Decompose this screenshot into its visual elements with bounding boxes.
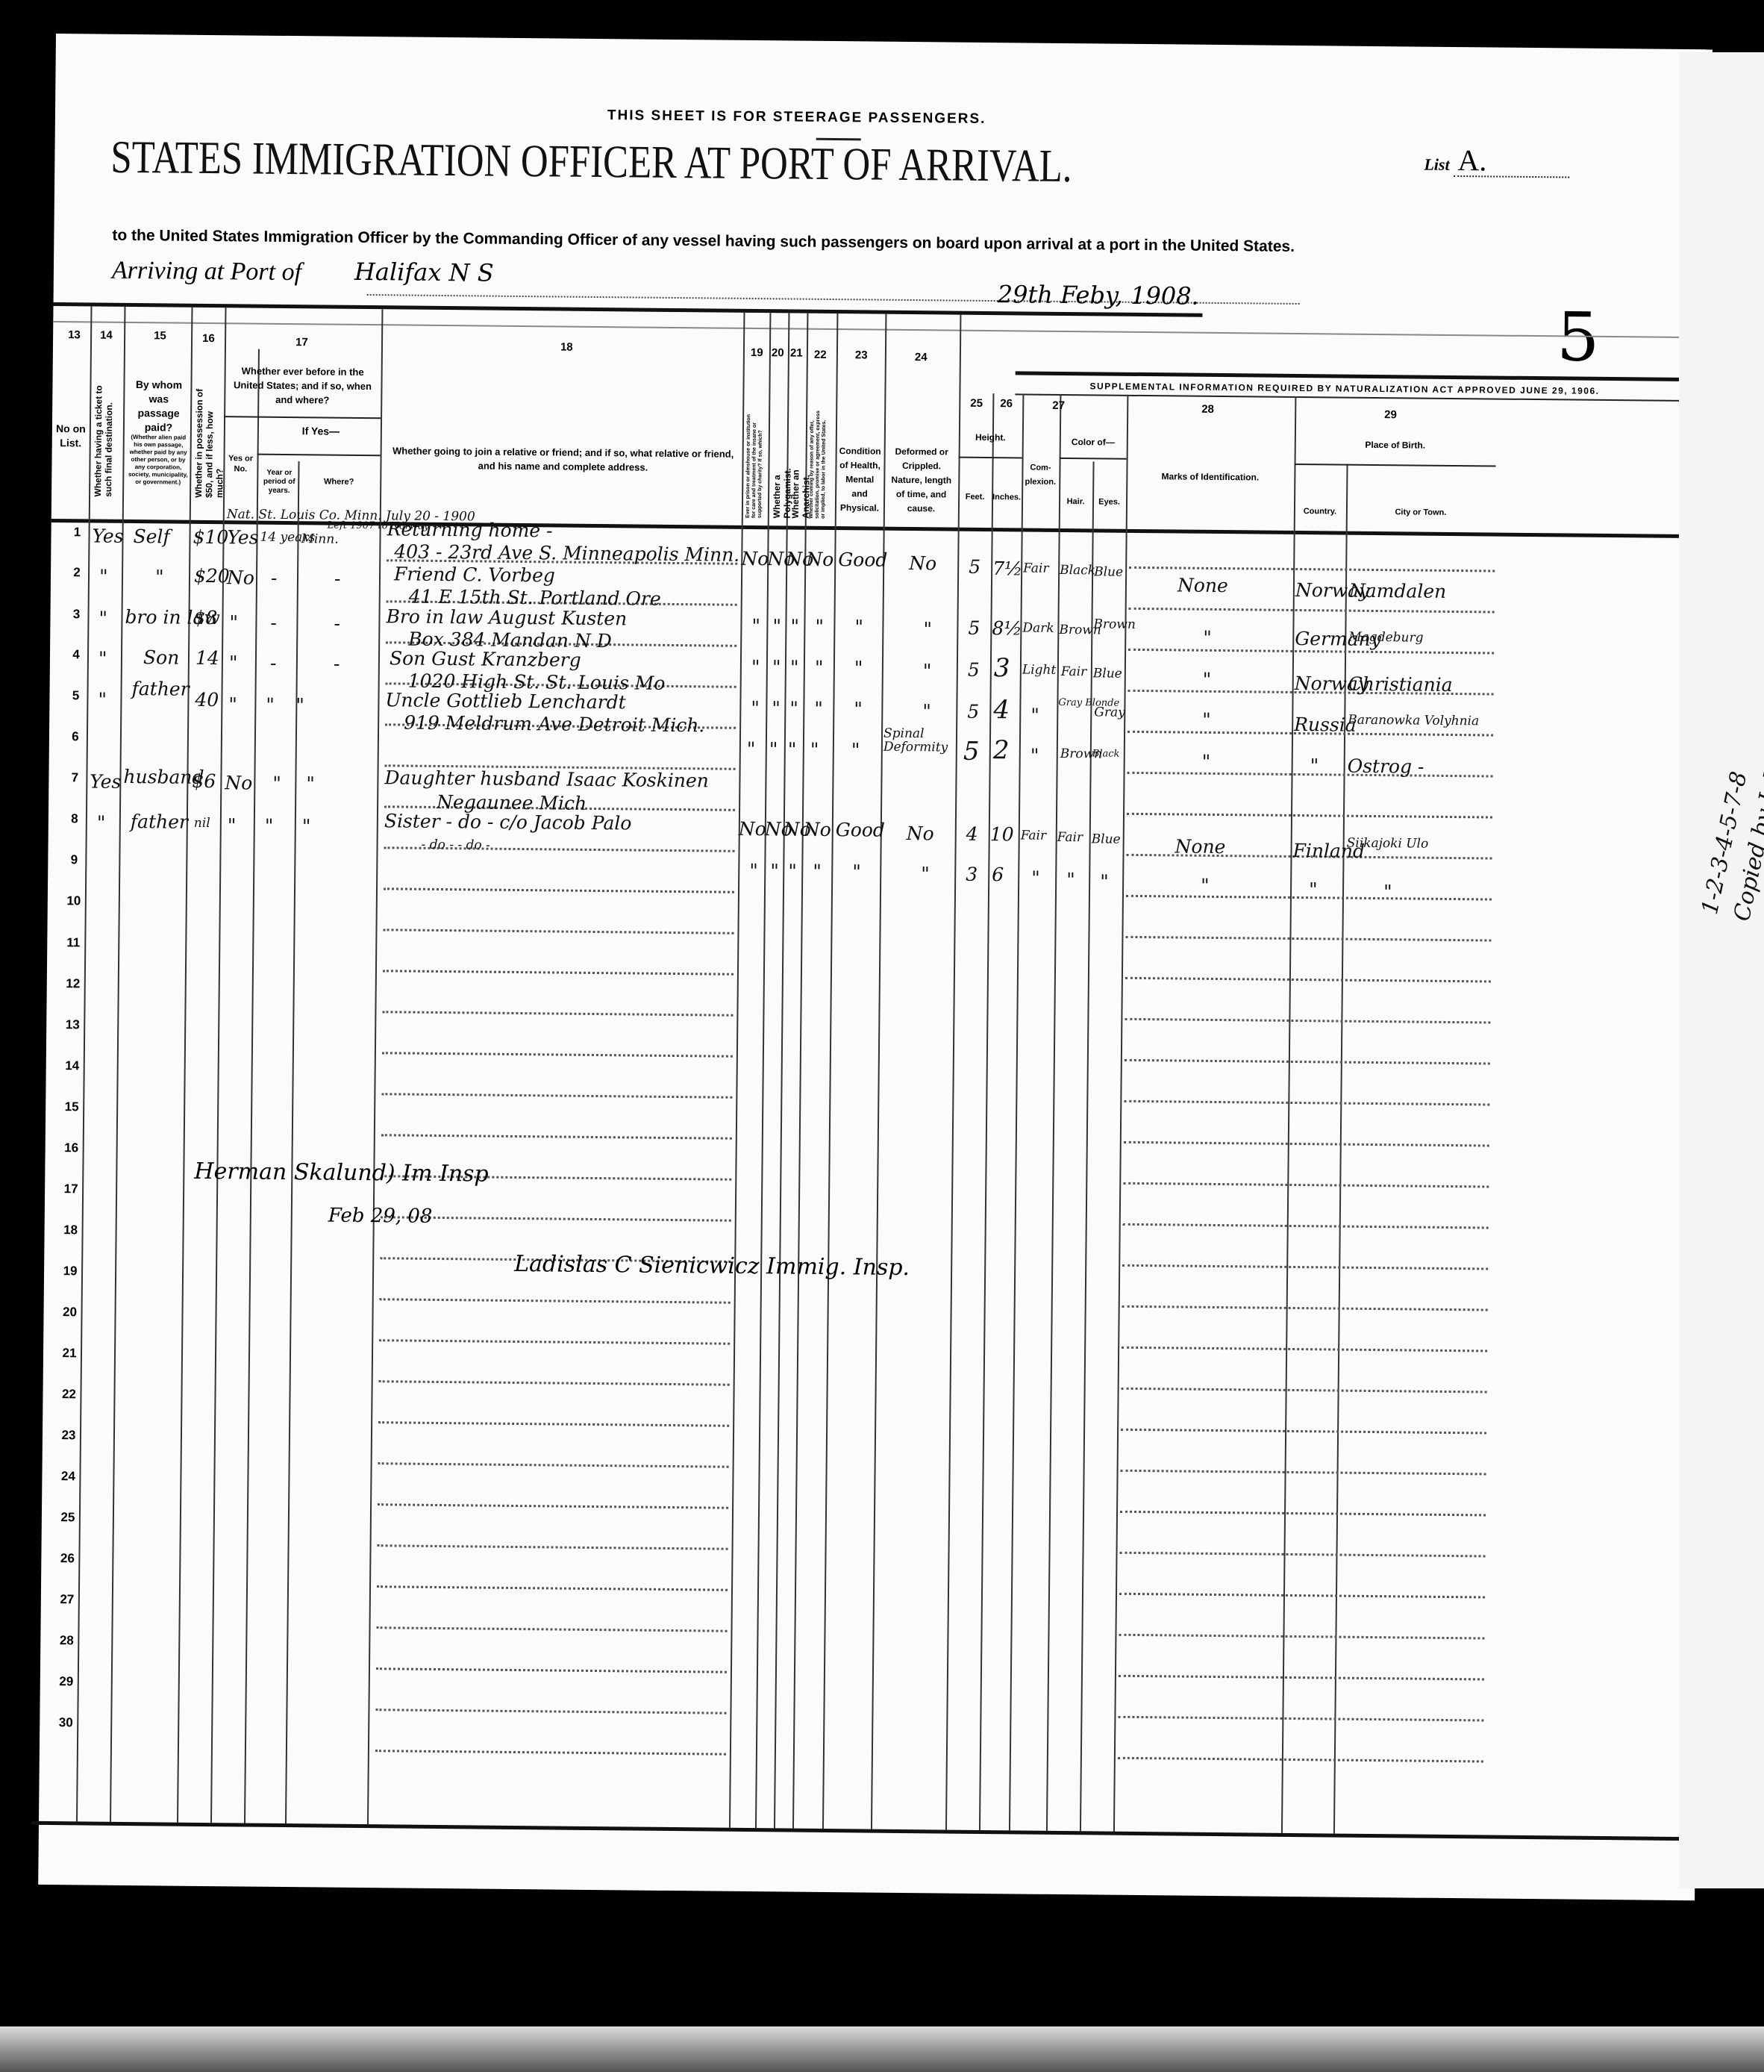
inspection-date: Feb 29, 08 [328,1205,433,1228]
cell-paid-by: father [131,811,188,833]
cell-prison: " [747,738,756,760]
row-number: 6 [64,729,87,744]
header-deformed: Deformed or Crippled. Nature, length of … [886,445,957,517]
header-hair: Hair. [1059,495,1092,509]
cell-prison: No [739,818,766,840]
row-guide [377,1626,728,1632]
header-marks: Marks of Identification. [1130,469,1290,485]
row-guide [376,1667,727,1673]
cell-ticket: " [99,566,108,587]
cell-health: " [851,739,860,761]
row-number: 15 [60,1099,83,1114]
col-number: 13 [68,328,81,341]
cell-money: 14 [196,647,219,669]
row-guide [379,1339,730,1345]
col-divider [774,313,789,1828]
cell-anarchist: " [788,860,797,881]
header-year: Year or period of years. [260,469,298,496]
cell-relative: Uncle Gottlieb Lenchardt [385,689,626,713]
cell-complexion: Fair [1021,828,1047,843]
table-bottom-rule [31,1821,1695,1841]
col25-subrule [959,457,1022,459]
col-divider [1281,396,1296,1833]
row-guide [1120,1552,1486,1558]
cell-city: Ostrog - [1348,755,1424,778]
header-ticket: Whether having a ticket to such final de… [93,385,114,497]
header-passage-paid: By whom was passage paid? [127,378,191,435]
cell-inches: 3 [994,653,1010,683]
header-prison: Ever in prison or almshouse or instituti… [745,406,764,518]
cell-inches: 10 [990,823,1014,845]
col-number: 29 [1384,408,1397,421]
cell-relative: Son Gust Kranzberg [390,647,581,670]
cell-where: - [334,568,341,590]
cell-paid-by: " [155,566,164,587]
cell-where: " [302,815,311,837]
col-divider [755,313,771,1828]
col-divider [871,314,886,1829]
cell-feet: 5 [968,617,980,639]
cell-anarchist: " [789,697,798,719]
row-guide [1120,1511,1486,1517]
cell-ticket: " [98,608,107,629]
row-number: 21 [58,1346,81,1361]
cell-money: 40 [195,689,219,711]
header-yes-no: Yes or No. [225,453,256,474]
cell-where: - [334,653,340,675]
cell-polygamist: " [770,860,779,881]
row-guides [56,34,1713,49]
cell-complexion: Fair [1023,561,1049,575]
row-number: 24 [57,1469,79,1484]
cell-health: " [852,861,861,882]
cell-deformed: " [921,863,930,884]
row-number: 17 [60,1182,82,1196]
cell-year: " [265,815,274,837]
cell-hair: Fair [1057,830,1083,845]
header-complexion: Com-plexion. [1022,461,1059,489]
cell-deformed: " [923,618,932,640]
cell-eyes: Black [1092,748,1120,759]
row-number: 2 [66,565,88,580]
col29-subrule [1295,464,1496,467]
cell-year: - [271,567,278,589]
cell-contract: " [813,861,822,882]
row-guide [1122,1264,1488,1270]
col-divider [822,313,838,1829]
table-row: Yes husband $6 No " " Daughter husband I… [56,34,1713,49]
row-guide [1122,1388,1487,1394]
row-guide [1122,1305,1488,1311]
row-number: 22 [57,1387,80,1402]
row-guide [383,970,734,976]
cell-eyes: Brown [1093,617,1136,632]
cell-prison: No [741,548,769,570]
cell-health: Good [836,819,885,841]
col-number: 27 [1052,399,1065,412]
cell-inches: 8½ [992,617,1022,639]
row-number: 12 [62,976,84,991]
row-guide [375,1709,726,1714]
cell-contract: " [815,657,824,678]
scan-shadow [0,1885,1764,2034]
cell-anarchist: " [790,656,799,678]
row-number: 30 [54,1715,77,1730]
arrival-date: 29th Feby, 1908. [998,280,1199,311]
cell-marks: " [1202,709,1211,731]
cell-money: $6 [192,770,216,792]
row-guide [1125,1018,1490,1024]
row-number: 23 [57,1428,80,1443]
row-number: 3 [65,607,87,622]
cell-ticket: Yes [92,525,123,546]
row-guide [382,1011,733,1017]
cell-inches: 7½ [992,558,1022,579]
cell-marks: " [1203,627,1212,649]
header-if-yes: If Yes— [261,424,381,440]
row-guide [378,1503,728,1509]
cell-polygamist: " [769,738,778,760]
row-guide [1123,1223,1489,1229]
row-guide [375,1750,726,1756]
row-guide [381,1134,732,1140]
header-country: Country. [1294,505,1346,519]
cell-health: Good [838,549,887,571]
cell-money: $20 [194,565,230,587]
cell-feet: 5 [967,701,979,723]
cell-paid-by: Self [133,525,169,547]
row-guide [378,1421,729,1427]
cell-year: - [270,652,277,674]
adjacent-page-strip [1679,52,1764,1888]
row-guide [382,1052,733,1058]
header-before-us: Whether ever before in the United States… [228,363,378,408]
cell-anarchist: " [790,615,799,637]
row-guide [1118,1716,1483,1722]
list-label: List [1424,155,1449,175]
row-number: 5 [64,688,87,703]
header-contract-labor: Whether coming by reason of any offer, s… [809,407,828,519]
cell-ticket: Yes [90,770,121,792]
col-number: 24 [915,351,928,363]
page-number: 5 [1557,298,1600,377]
row-number: 7 [63,770,86,785]
cell-before-us: " [228,693,237,715]
table-row: " father nil " " " Sister - do - c/o Jac… [56,34,1713,49]
cell-money: nil [194,816,210,831]
table-row: " father 40 " " " Uncle Gottlieb Lenchar… [56,34,1713,49]
col27-subrule [1060,458,1127,460]
row-number: 10 [63,893,85,908]
cell-relative: Daughter husband Isaac Koskinen [384,767,709,791]
row-guide [378,1462,729,1468]
row-number: 8 [63,811,86,826]
cell-before-us: " [228,814,237,836]
cell-health: " [854,616,863,637]
cell-country: " [1310,755,1319,776]
subtitle: to the United States Immigration Officer… [112,227,1295,256]
cell-contract: " [814,698,823,720]
cell-feet: 5 [968,659,980,681]
col-number: 14 [100,329,113,342]
cell-marks: None [1175,835,1225,858]
row-guide [381,1216,731,1222]
row-guide [1118,1757,1483,1763]
row-guide [1127,813,1492,819]
cell-money: $8 [193,607,217,628]
cell-feet: 3 [966,864,978,885]
cell-city: Christiania [1348,673,1453,696]
cell-polygamist: " [772,656,781,678]
cell-deformed: No [907,823,934,844]
row-guide [1125,936,1491,942]
row-number: 1 [66,525,88,540]
cell-marks: " [1202,751,1211,773]
row-number: 14 [61,1058,84,1073]
list-value: A. [1457,143,1486,178]
col17-subrule [257,454,381,457]
cell-contract: " [815,616,824,637]
col-number: 25 [970,397,983,410]
row-guide [380,1298,731,1304]
cell-relative: Bro in law August Kusten [386,605,627,629]
cell-marks: " [1201,875,1210,896]
col-divider [792,313,808,1829]
arriving-label: Arriving at Port of [112,257,301,287]
row-guide [1124,1100,1489,1106]
col-number: 15 [154,329,166,342]
steerage-notice: THIS SHEET IS FOR STEERAGE PASSENGERS. [607,107,986,128]
col-number: 17 [295,336,308,349]
header-place-of-birth: Place of Birth. [1295,437,1496,454]
col-number: 18 [560,341,573,354]
cell-before-us: No [225,772,252,793]
row-guide [377,1585,728,1591]
row-guide [1123,1182,1489,1188]
cell-before-us: " [229,611,238,633]
cell-ticket: " [98,689,107,711]
cell-complexion: " [1030,745,1039,767]
table-row: Nat. St. Louis Co. Minn. July 20 - 1900 … [56,34,1713,49]
cell-year: " [272,773,281,794]
header-color-of: Color of— [1060,435,1127,450]
cell-eyes: Blue [1093,666,1122,681]
col-divider [979,393,994,1830]
cell-inches: 2 [993,735,1010,765]
row-number: 4 [65,647,87,662]
header-health: Condition of Health, Mental and Physical… [836,444,883,516]
col-divider [729,313,745,1828]
col-number: 21 [790,346,803,359]
cell-contract: No [806,549,833,570]
inspector-signature-1: Herman Skalund) Im Insp [194,1158,489,1188]
cell-ticket: " [98,648,107,670]
row-guide [1119,1675,1484,1681]
header-relative: Whether going to join a relative or frie… [387,443,738,475]
cell-city: Siikajoki Ulo [1347,836,1429,852]
cell-prison: " [751,656,760,678]
supplemental-banner: SUPPLEMENTAL INFORMATION REQUIRED BY NAT… [1089,381,1599,396]
cell-address: - do - - do - [421,837,490,853]
row-guide [1121,1470,1486,1476]
cell-relative: Sister - do - c/o Jacob Palo [384,810,632,834]
header-money: Whether in possession of $50, and if les… [193,386,225,498]
cell-relative: Friend C. Vorbeg [394,563,555,586]
cell-eyes: Blue [1092,831,1121,846]
row-guide [1125,977,1491,983]
row-guide [1129,567,1495,572]
row-number: 26 [56,1551,78,1566]
cell-year: " [266,694,275,716]
table-row: " bro in law $8 " - - Bro in law August … [56,34,1713,49]
col-number: 19 [751,346,763,359]
row-guide [378,1544,728,1550]
cell-prison: " [749,860,758,881]
cell-deformed: No [909,552,936,574]
cell-city: " [1383,881,1392,902]
row-number: 20 [58,1305,81,1320]
header-no-on-list: No on List. [52,422,90,450]
manifest-page: THIS SHEET IS FOR STEERAGE PASSENGERS. S… [38,34,1713,1900]
cell-complexion: " [1031,867,1040,889]
col-divider [285,461,300,1823]
supplemental-bottom-rule [1015,393,1709,402]
row-guide [1125,1059,1490,1065]
row-number: 28 [55,1633,78,1648]
row-number: 19 [59,1264,81,1279]
row-number: 11 [62,935,84,950]
arriving-port: Halifax N S [354,258,494,287]
cell-feet: 5 [969,556,980,578]
cell-marks: " [1203,669,1212,690]
cell-hair: " [1066,869,1075,890]
cell-country: " [1309,879,1318,900]
cell-before-us: " [229,652,238,673]
cell-address: 403 - 23rd Ave S. Minneapolis Minn. [394,540,739,565]
cell-hair: Black [1060,563,1095,578]
row-guide [1121,1429,1486,1435]
row-guide [384,887,734,893]
cell-where: - [334,613,340,634]
inspector-signature-2: Ladislas C Sienicwicz Immig. Insp. [514,1251,910,1281]
table-row: " " $20 No - - Friend C. Vorbeg 41 E 15t… [56,34,1713,49]
cell-before-us: Yes [227,526,258,548]
col-divider [1113,395,1128,1832]
cell-prison: " [751,615,760,637]
col-divider [1009,393,1024,1830]
cell-city: Magdeburg [1348,630,1423,646]
cell-hair: Fair [1061,664,1087,679]
cell-eyes: Blue [1094,564,1123,579]
row-number: 9 [63,852,85,867]
cell-money: $10 [193,526,228,548]
col-divider [367,309,383,1824]
row-numbers: 1 2 3 4 5 6 7 8 9 10 11 12 13 14 15 16 1… [56,34,1713,49]
header-feet: Feet. [958,490,992,505]
col-number: 28 [1201,403,1214,416]
row-number: 25 [57,1510,79,1525]
col-divider [1046,394,1061,1831]
cell-city: Namdalen [1349,580,1447,602]
cell-health: " [854,657,863,678]
cell-year: - [270,612,277,634]
col-number: 20 [772,346,784,359]
row-number: 27 [56,1592,78,1607]
table-row: " Son 14 " - - Son Gust Kranzberg 1020 H… [56,34,1713,49]
scanner-edge [0,2026,1764,2072]
col-number: 22 [814,349,827,361]
cell-contract: No [804,819,831,840]
col-divider [177,308,193,1823]
row-guide [383,929,734,934]
cell-where: Minn. [301,531,338,546]
cell-health: " [854,698,863,720]
row-guide [1122,1347,1487,1352]
cell-relative: Returning home - [387,518,553,541]
cell-paid-by: Son [143,646,180,668]
cell-feet: 4 [966,823,978,845]
cell-prison: " [751,697,760,719]
cell-deformed: " [922,700,931,722]
cell-inches: 6 [992,864,1004,885]
col-number: 26 [1000,397,1013,410]
page-title: STATES IMMIGRATION OFFICER AT PORT OF AR… [110,131,1072,193]
cell-complexion: Light [1022,662,1057,677]
cell-inches: 4 [993,695,1010,725]
row-number: 13 [61,1017,84,1032]
cell-eyes: Gray [1094,705,1125,720]
cell-feet: 5 [963,737,980,767]
cell-where: " [306,773,315,794]
row-guide [1119,1634,1484,1640]
row-guide [379,1380,730,1386]
cell-where: " [295,694,304,716]
col17-subrule [224,416,381,419]
cell-marks: None [1177,574,1228,596]
header-height: Height. [959,431,1022,446]
cell-polygamist: " [772,697,781,719]
cell-anarchist: " [788,738,797,760]
col-number: 16 [202,332,215,345]
cell-paid-by: father [131,678,189,700]
cell-eyes: " [1100,870,1109,892]
header-city: City or Town. [1346,505,1495,521]
header-eyes: Eyes. [1092,495,1126,509]
col-divider [1333,464,1348,1834]
row-number: 18 [60,1223,82,1238]
row-guide [1129,608,1495,614]
row-guide [1124,1141,1489,1147]
cell-deformed: Spinal Deformity [883,727,954,755]
cell-deformed: " [923,660,932,681]
supplemental-top-rule [1016,371,1710,381]
row-number: 29 [55,1674,78,1689]
row-guide [1119,1593,1485,1599]
cell-polygamist: " [772,615,781,637]
cell-complexion: Dark [1022,620,1054,635]
cell-address: 919 Meldrum Ave Detroit Mich. [404,712,704,737]
col-number: 23 [855,349,868,361]
header-passage-note: (Whether alien paid his own passage, whe… [126,434,190,487]
row-guide [381,1093,732,1099]
header-where: Where? [301,475,376,490]
row-number: 16 [60,1140,83,1155]
cell-before-us: No [227,567,254,588]
cell-complexion: " [1030,705,1039,726]
cell-city: Baranowka Volyhnia [1348,713,1479,729]
cell-ticket: " [97,812,106,834]
col-divider [945,315,961,1830]
